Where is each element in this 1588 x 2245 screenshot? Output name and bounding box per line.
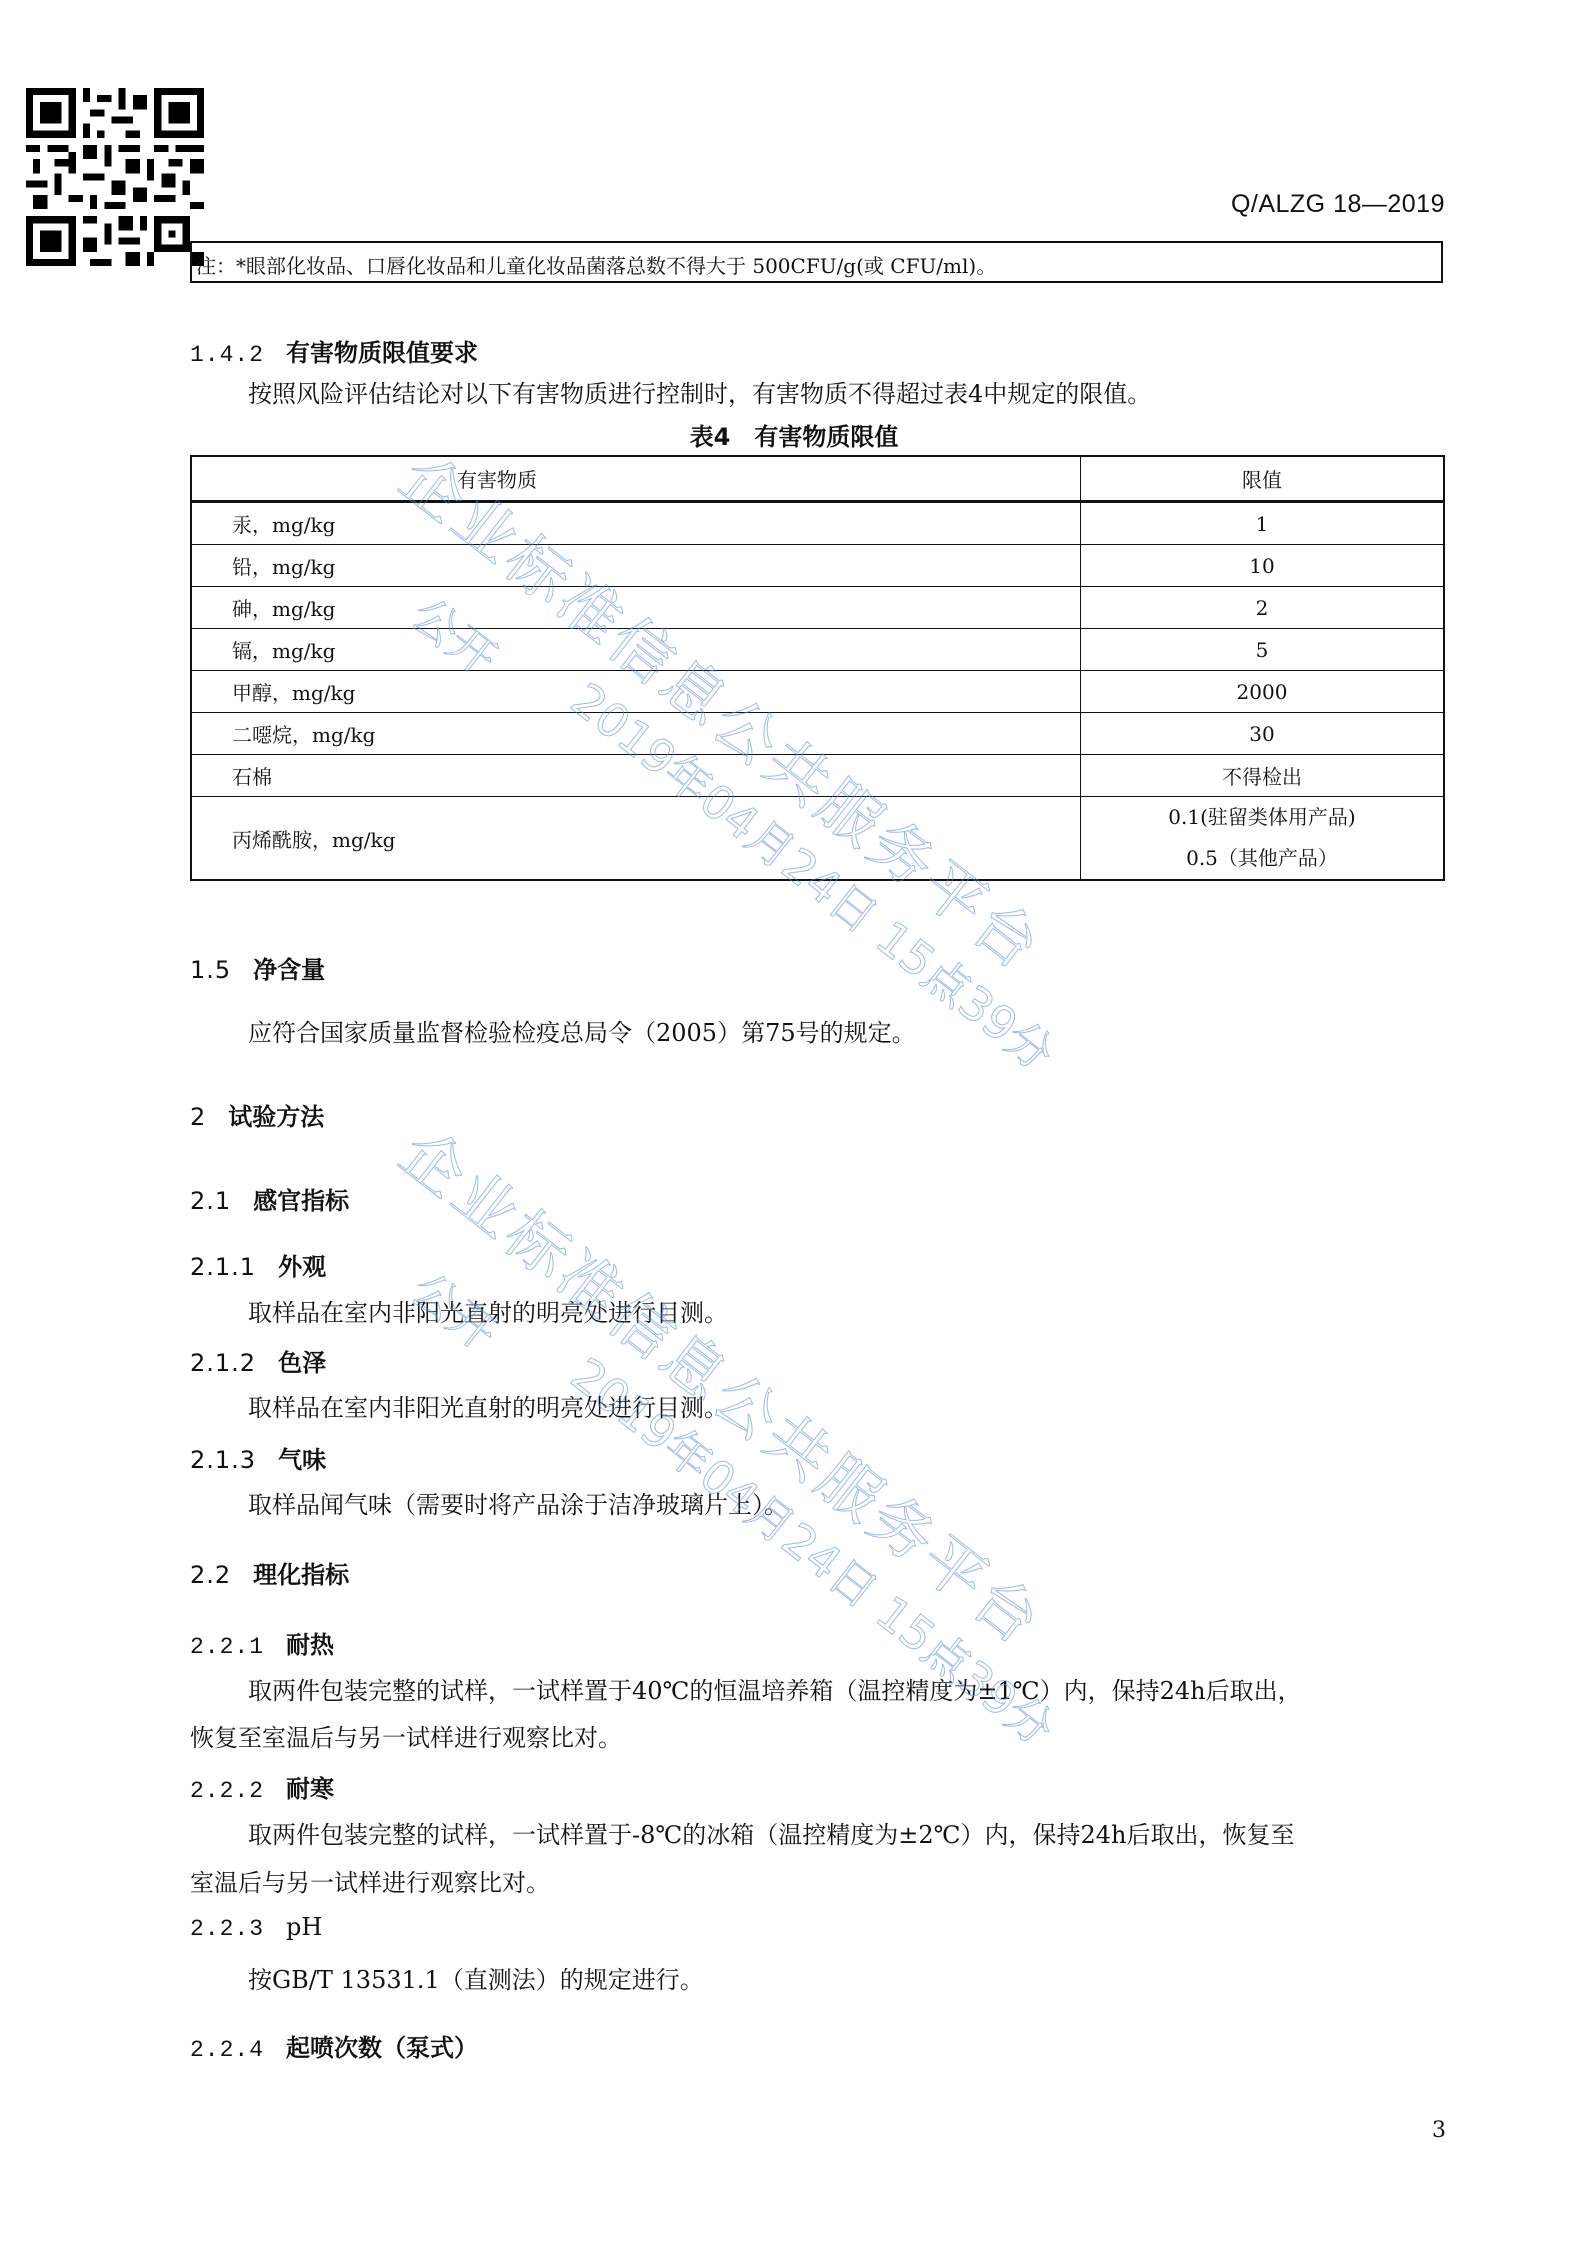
heading-2-1-3: 2.1.3气味	[190, 1440, 326, 1475]
column-header-limit: 限值	[1081, 456, 1445, 502]
page-number: 3	[1432, 2118, 1446, 2143]
limit-cell: 5	[1081, 629, 1445, 671]
substance-cell: 砷，mg/kg	[191, 587, 1081, 629]
heading-2-2-3: 2.2.3pH	[190, 1913, 322, 1942]
section-number: 2.2	[190, 1561, 231, 1589]
substance-cell: 石棉	[191, 755, 1081, 797]
section-title: 试验方法	[228, 1103, 324, 1131]
paragraph-continuation: 室温后与另一试样进行观察比对。	[190, 1863, 550, 1898]
limit-cell: 1	[1081, 502, 1445, 545]
limit-cell: 2	[1081, 587, 1445, 629]
table-title: 有害物质限值	[754, 423, 898, 451]
substance-cell: 二噁烷，mg/kg	[191, 713, 1081, 755]
section-number: 2.1	[190, 1187, 231, 1215]
section-title: 净含量	[253, 956, 325, 984]
section-number: 2.1.3	[190, 1446, 256, 1474]
note-text: 注：*眼部化妆品、口唇化妆品和儿童化妆品菌落总数不得大于 500CFU/g(或 …	[196, 250, 996, 279]
table-row: 砷，mg/kg 2	[191, 587, 1444, 629]
section-number: 2.2.3	[190, 1916, 264, 1942]
paragraph: 取样品闻气味（需要时将产品涂于洁净玻璃片上）。	[248, 1485, 788, 1520]
heading-2-2: 2.2理化指标	[190, 1555, 349, 1590]
section-number: 2.1.1	[190, 1253, 256, 1281]
paragraph: 取样品在室内非阳光直射的明亮处进行目测。	[248, 1388, 728, 1423]
heading-2-2-4: 2.2.4起喷次数（泵式）	[190, 2028, 478, 2063]
table-row: 铅，mg/kg 10	[191, 545, 1444, 587]
table-row: 二噁烷，mg/kg 30	[191, 713, 1444, 755]
section-title: 有害物质限值要求	[286, 339, 478, 367]
section-title: 外观	[278, 1253, 326, 1281]
section-title: 理化指标	[253, 1561, 349, 1589]
heading-2: 2试验方法	[190, 1097, 324, 1132]
section-number: 2.2.1	[190, 1634, 264, 1660]
substance-cell: 铅，mg/kg	[191, 545, 1081, 587]
paragraph: 按照风险评估结论对以下有害物质进行控制时，有害物质不得超过表4中规定的限值。	[248, 374, 1151, 409]
qr-code-icon	[25, 88, 205, 266]
table-row: 甲醇，mg/kg 2000	[191, 671, 1444, 713]
table-number: 表4	[690, 423, 731, 451]
section-number: 1.5	[190, 956, 231, 984]
limit-cell: 10	[1081, 545, 1445, 587]
substance-cell: 汞，mg/kg	[191, 502, 1081, 545]
section-title: 耐寒	[286, 1775, 334, 1803]
table-row: 石棉 不得检出	[191, 755, 1444, 797]
limit-cell: 0.1(驻留类体用产品) 0.5（其他产品）	[1081, 797, 1445, 881]
heading-2-1-2: 2.1.2色泽	[190, 1343, 326, 1378]
heading-1-5: 1.5净含量	[190, 950, 325, 985]
section-title: 感官指标	[253, 1187, 349, 1215]
substance-cell: 甲醇，mg/kg	[191, 671, 1081, 713]
section-title: 气味	[278, 1446, 326, 1474]
paragraph: 应符合国家质量监督检验检疫总局令（2005）第75号的规定。	[248, 1013, 916, 1048]
heading-2-2-2: 2.2.2耐寒	[190, 1769, 334, 1804]
heading-2-2-1: 2.2.1耐热	[190, 1625, 334, 1660]
heading-2-1-1: 2.1.1外观	[190, 1247, 326, 1282]
paragraph: 取两件包装完整的试样，一试样置于-8℃的冰箱（温控精度为±2℃）内，保持24h后…	[248, 1815, 1294, 1850]
watermark-platform-name: 企业标准信息公共服务平台	[385, 1105, 1064, 1663]
section-number: 2.2.2	[190, 1778, 264, 1804]
table-row: 丙烯酰胺，mg/kg 0.1(驻留类体用产品) 0.5（其他产品）	[191, 797, 1444, 881]
column-header-substance: 有害物质	[191, 456, 1081, 502]
paragraph: 取两件包装完整的试样，一试样置于40℃的恒温培养箱（温控精度为±1℃）内，保持2…	[248, 1671, 1302, 1706]
section-number: 2.2.4	[190, 2037, 264, 2063]
heading-2-1: 2.1感官指标	[190, 1181, 349, 1216]
limit-cell: 2000	[1081, 671, 1445, 713]
limit-cell: 不得检出	[1081, 755, 1445, 797]
table-header-row: 有害物质 限值	[191, 456, 1444, 502]
limit-line: 0.5（其他产品）	[1081, 838, 1443, 879]
paragraph: 取样品在室内非阳光直射的明亮处进行目测。	[248, 1293, 728, 1328]
substance-cell: 镉，mg/kg	[191, 629, 1081, 671]
heading-1-4-2: 1.4.2有害物质限值要求	[190, 333, 478, 368]
limit-cell: 30	[1081, 713, 1445, 755]
table-row: 镉，mg/kg 5	[191, 629, 1444, 671]
paragraph-continuation: 恢复至室温后与另一试样进行观察比对。	[190, 1718, 622, 1753]
section-number: 1.4.2	[190, 342, 264, 368]
section-title: pH	[286, 1913, 322, 1941]
section-title: 起喷次数（泵式）	[286, 2034, 478, 2062]
paragraph: 按GB/T 13531.1（直测法）的规定进行。	[248, 1960, 704, 1995]
table-caption: 表4有害物质限值	[0, 417, 1588, 452]
section-number: 2.1.2	[190, 1349, 256, 1377]
document-code: Q/ALZG 18—2019	[1231, 190, 1445, 219]
section-title: 色泽	[278, 1349, 326, 1377]
hazardous-substances-table: 有害物质 限值 汞，mg/kg 1 铅，mg/kg 10 砷，mg/kg 2 镉…	[190, 455, 1445, 881]
table-row: 汞，mg/kg 1	[191, 502, 1444, 545]
section-title: 耐热	[286, 1631, 334, 1659]
section-number: 2	[190, 1103, 206, 1131]
limit-line: 0.1(驻留类体用产品)	[1081, 797, 1443, 838]
substance-cell: 丙烯酰胺，mg/kg	[191, 797, 1081, 881]
